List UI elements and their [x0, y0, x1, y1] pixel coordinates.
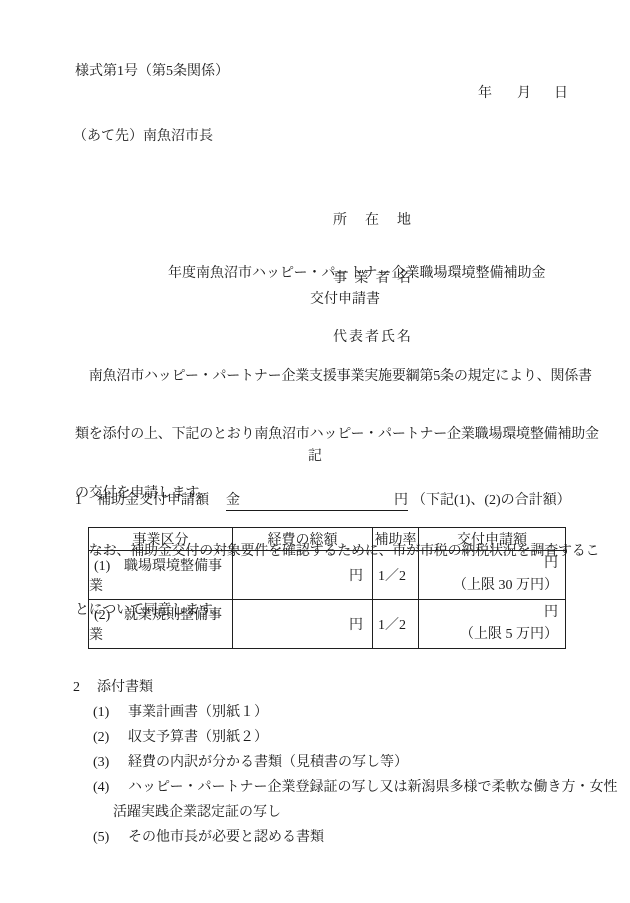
amount-unit: 円: [419, 602, 558, 624]
table-header-row: 事業区分 経費の総額 補助率 交付申請額: [89, 528, 566, 551]
attachment-item-number: (1): [93, 705, 109, 722]
attachment-item-text-wrap: 活躍実践企業認定証の写し: [113, 805, 281, 822]
cost-cell: 円: [233, 600, 373, 649]
section1-label: 補助金交付申請額: [97, 493, 209, 510]
rate-cell: 1／2: [373, 551, 419, 600]
section2-label: 添付書類: [97, 680, 153, 697]
row-number: (1): [94, 559, 124, 575]
row-number: (2): [94, 608, 124, 624]
body-line: 南魚沼市ハッピー・パートナー企業支援事業実施要綱第5条の規定により、関係書: [75, 369, 565, 394]
attachment-item-number: (2): [93, 730, 109, 747]
amount-unit: 円: [419, 553, 558, 575]
attachment-item-text: ハッピー・パートナー企業登録証の写し又は新潟県多様で柔軟な働き方・女性: [128, 780, 617, 797]
date-day-label: 日: [554, 86, 568, 103]
attachment-item-text: その他市長が必要と認める書類: [128, 830, 324, 847]
header-total-cost: 経費の総額: [233, 528, 373, 551]
rate-cell: 1／2: [373, 600, 419, 649]
attachment-item-text: 収支予算書（別紙２）: [128, 730, 268, 747]
header-business-category: 事業区分: [89, 528, 233, 551]
attachment-item-number: (4): [93, 780, 109, 797]
amount-cell: 円 （上限 5 万円）: [419, 600, 566, 649]
table-row: (2)就業規則整備事業 円 1／2 円 （上限 5 万円）: [89, 600, 566, 649]
header-requested-amount: 交付申請額: [419, 528, 566, 551]
category-cell: (2)就業規則整備事業: [89, 600, 233, 649]
section1-note: （下記(1)、(2)の合計額）: [412, 493, 571, 510]
address-field-label: 所在地: [333, 213, 411, 230]
attachment-item-number: (3): [93, 755, 109, 772]
cost-cell: 円: [233, 551, 373, 600]
date-year-label: 年: [478, 86, 492, 103]
addressee: （あて先）南魚沼市長: [73, 129, 213, 146]
currency-prefix: 金: [226, 489, 240, 509]
amount-blank-field: 金 円: [226, 493, 408, 511]
amount-cap: （上限 5 万円）: [419, 624, 558, 646]
cost-table: 事業区分 経費の総額 補助率 交付申請額 (1)職場環境整備事業 円 1／2 円…: [88, 527, 566, 649]
header-subsidy-rate: 補助率: [373, 528, 419, 551]
currency-suffix: 円: [394, 489, 408, 509]
section2-number: 2: [73, 680, 80, 697]
section1-number: 1: [75, 493, 82, 510]
record-mark: 記: [308, 449, 322, 466]
table-row: (1)職場環境整備事業 円 1／2 円 （上限 30 万円）: [89, 551, 566, 600]
document-title-line1: 年度南魚沼市ハッピー・パートナー企業職場環境整備補助金: [168, 266, 545, 283]
document-title-line2: 交付申請書: [310, 292, 380, 309]
attachment-item-text: 事業計画書（別紙１）: [128, 705, 268, 722]
category-cell: (1)職場環境整備事業: [89, 551, 233, 600]
attachment-item-text: 経費の内訳が分かる書類（見積書の写し等）: [128, 755, 408, 772]
attachment-item-number: (5): [93, 830, 109, 847]
form-number: 様式第1号（第5条関係）: [75, 64, 229, 81]
amount-cap: （上限 30 万円）: [419, 575, 558, 597]
amount-cell: 円 （上限 30 万円）: [419, 551, 566, 600]
document-page: 様式第1号（第5条関係） 年 月 日 （あて先）南魚沼市長 所在地 事業者名 代…: [0, 0, 630, 903]
date-month-label: 月: [517, 86, 531, 103]
